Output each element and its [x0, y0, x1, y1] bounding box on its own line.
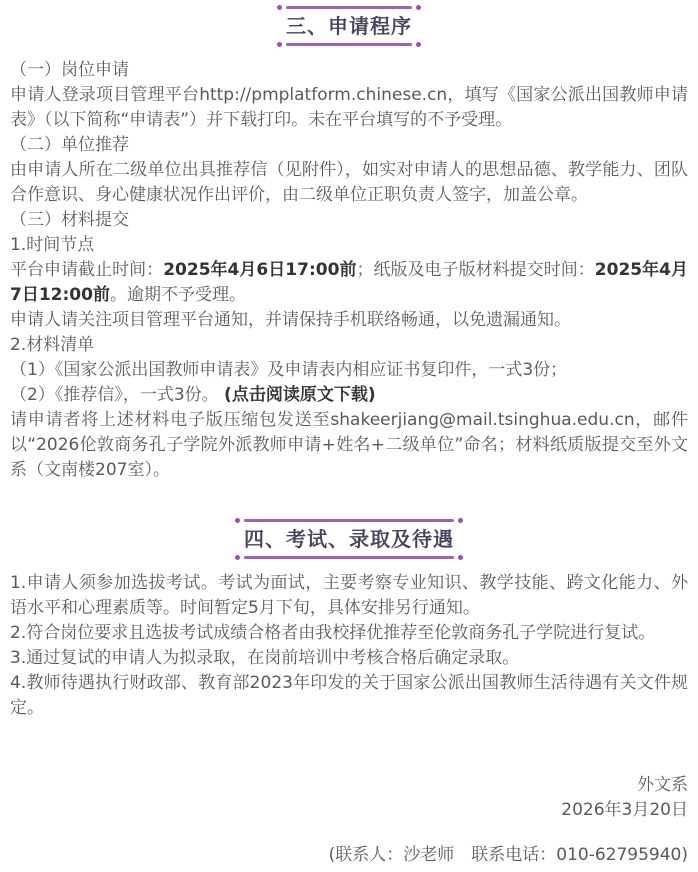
- deadline-lead-text: 平台申请截止时间：: [10, 260, 163, 280]
- subheading-material-list: 2.材料清单: [10, 333, 688, 358]
- header-rule-top: [244, 519, 454, 522]
- subheading-material-submission: （三）材料提交: [10, 208, 688, 233]
- header-rule-top: [286, 6, 412, 9]
- paragraph-selection-exam: 1.申请人须参加选拔考试。考试为面试，主要考察专业知识、教学技能、跨文化能力、外…: [10, 571, 688, 621]
- paragraph-recommendation-letter: 由申请人所在二级单位出具推荐信（见附件），如实对申请人的思想品德、教学能力、团队…: [10, 158, 688, 208]
- footer-signature-block: 外文系 2026年3月20日 (联系人：沙老师 联系电话：010-6279594…: [10, 773, 688, 868]
- paragraph-deadlines: 平台申请截止时间：2025年4月6日17:00前；纸版及电子版材料提交时间：20…: [10, 258, 688, 308]
- list-item-application-form: （1）《国家公派出国教师申请表》及申请表内相应证书复印件，一式3份；: [10, 358, 688, 383]
- rule-dot-icon: [416, 5, 421, 10]
- deadline-platform-date: 2025年4月6日17:00前: [163, 260, 356, 280]
- subheading-time-node: 1.时间节点: [10, 233, 688, 258]
- signature-date: 2026年3月20日: [10, 798, 688, 823]
- section-title-application: 三、申请程序: [286, 12, 412, 40]
- deadline-tail-text: 。逾期不予受理。: [110, 285, 246, 305]
- list-item-recommendation-letter: （2）《推荐信》，一式3份。 (点击阅读原文下载): [10, 383, 688, 408]
- header-rule-bottom: [286, 43, 412, 46]
- header-frame-exam: 四、考试、录取及待遇: [202, 519, 496, 559]
- paragraph-treatment-policy: 4.教师待遇执行财政部、教育部2023年印发的关于国家公派出国教师生活待遇有关文…: [10, 671, 688, 721]
- deadline-mid-text: ；纸版及电子版材料提交时间：: [356, 260, 594, 280]
- paragraph-notice-reminder: 申请人请关注项目管理平台通知，并请保持手机联络畅通，以免遗漏通知。: [10, 308, 688, 333]
- paragraph-submission-instructions: 请申请者将上述材料电子版压缩包发送至shakeerjiang@mail.tsin…: [10, 408, 688, 483]
- signature-department: 外文系: [10, 773, 688, 798]
- rule-dot-icon: [458, 518, 463, 523]
- section-title-exam: 四、考试、录取及待遇: [244, 525, 454, 553]
- rule-dot-icon: [458, 555, 463, 560]
- rule-dot-icon: [416, 42, 421, 47]
- subheading-position-application: （一）岗位申请: [10, 58, 688, 83]
- article-page: 三、申请程序 （一）岗位申请 申请人登录项目管理平台http://pmplatf…: [0, 0, 698, 872]
- header-rule-bottom: [244, 556, 454, 559]
- contact-info: (联系人：沙老师 联系电话：010-62795940): [10, 843, 688, 868]
- section-header-application: 三、申请程序: [10, 6, 688, 46]
- download-hint-text: (点击阅读原文下载): [224, 385, 376, 405]
- rule-dot-icon: [235, 555, 240, 560]
- subheading-unit-recommendation: （二）单位推荐: [10, 133, 688, 158]
- recommendation-letter-text: （2）《推荐信》，一式3份。: [10, 385, 224, 405]
- rule-dot-icon: [277, 5, 282, 10]
- paragraph-platform-registration: 申请人登录项目管理平台http://pmplatform.chinese.cn，…: [10, 83, 688, 133]
- paragraph-admission: 3.通过复试的申请人为拟录取，在岗前培训中考核合格后确定录取。: [10, 646, 688, 671]
- section-header-exam: 四、考试、录取及待遇: [10, 519, 688, 559]
- rule-dot-icon: [277, 42, 282, 47]
- header-frame-application: 三、申请程序: [244, 6, 454, 46]
- rule-dot-icon: [235, 518, 240, 523]
- paragraph-recommendation-reexam: 2.符合岗位要求且选拔考试成绩合格者由我校择优推荐至伦敦商务孔子学院进行复试。: [10, 621, 688, 646]
